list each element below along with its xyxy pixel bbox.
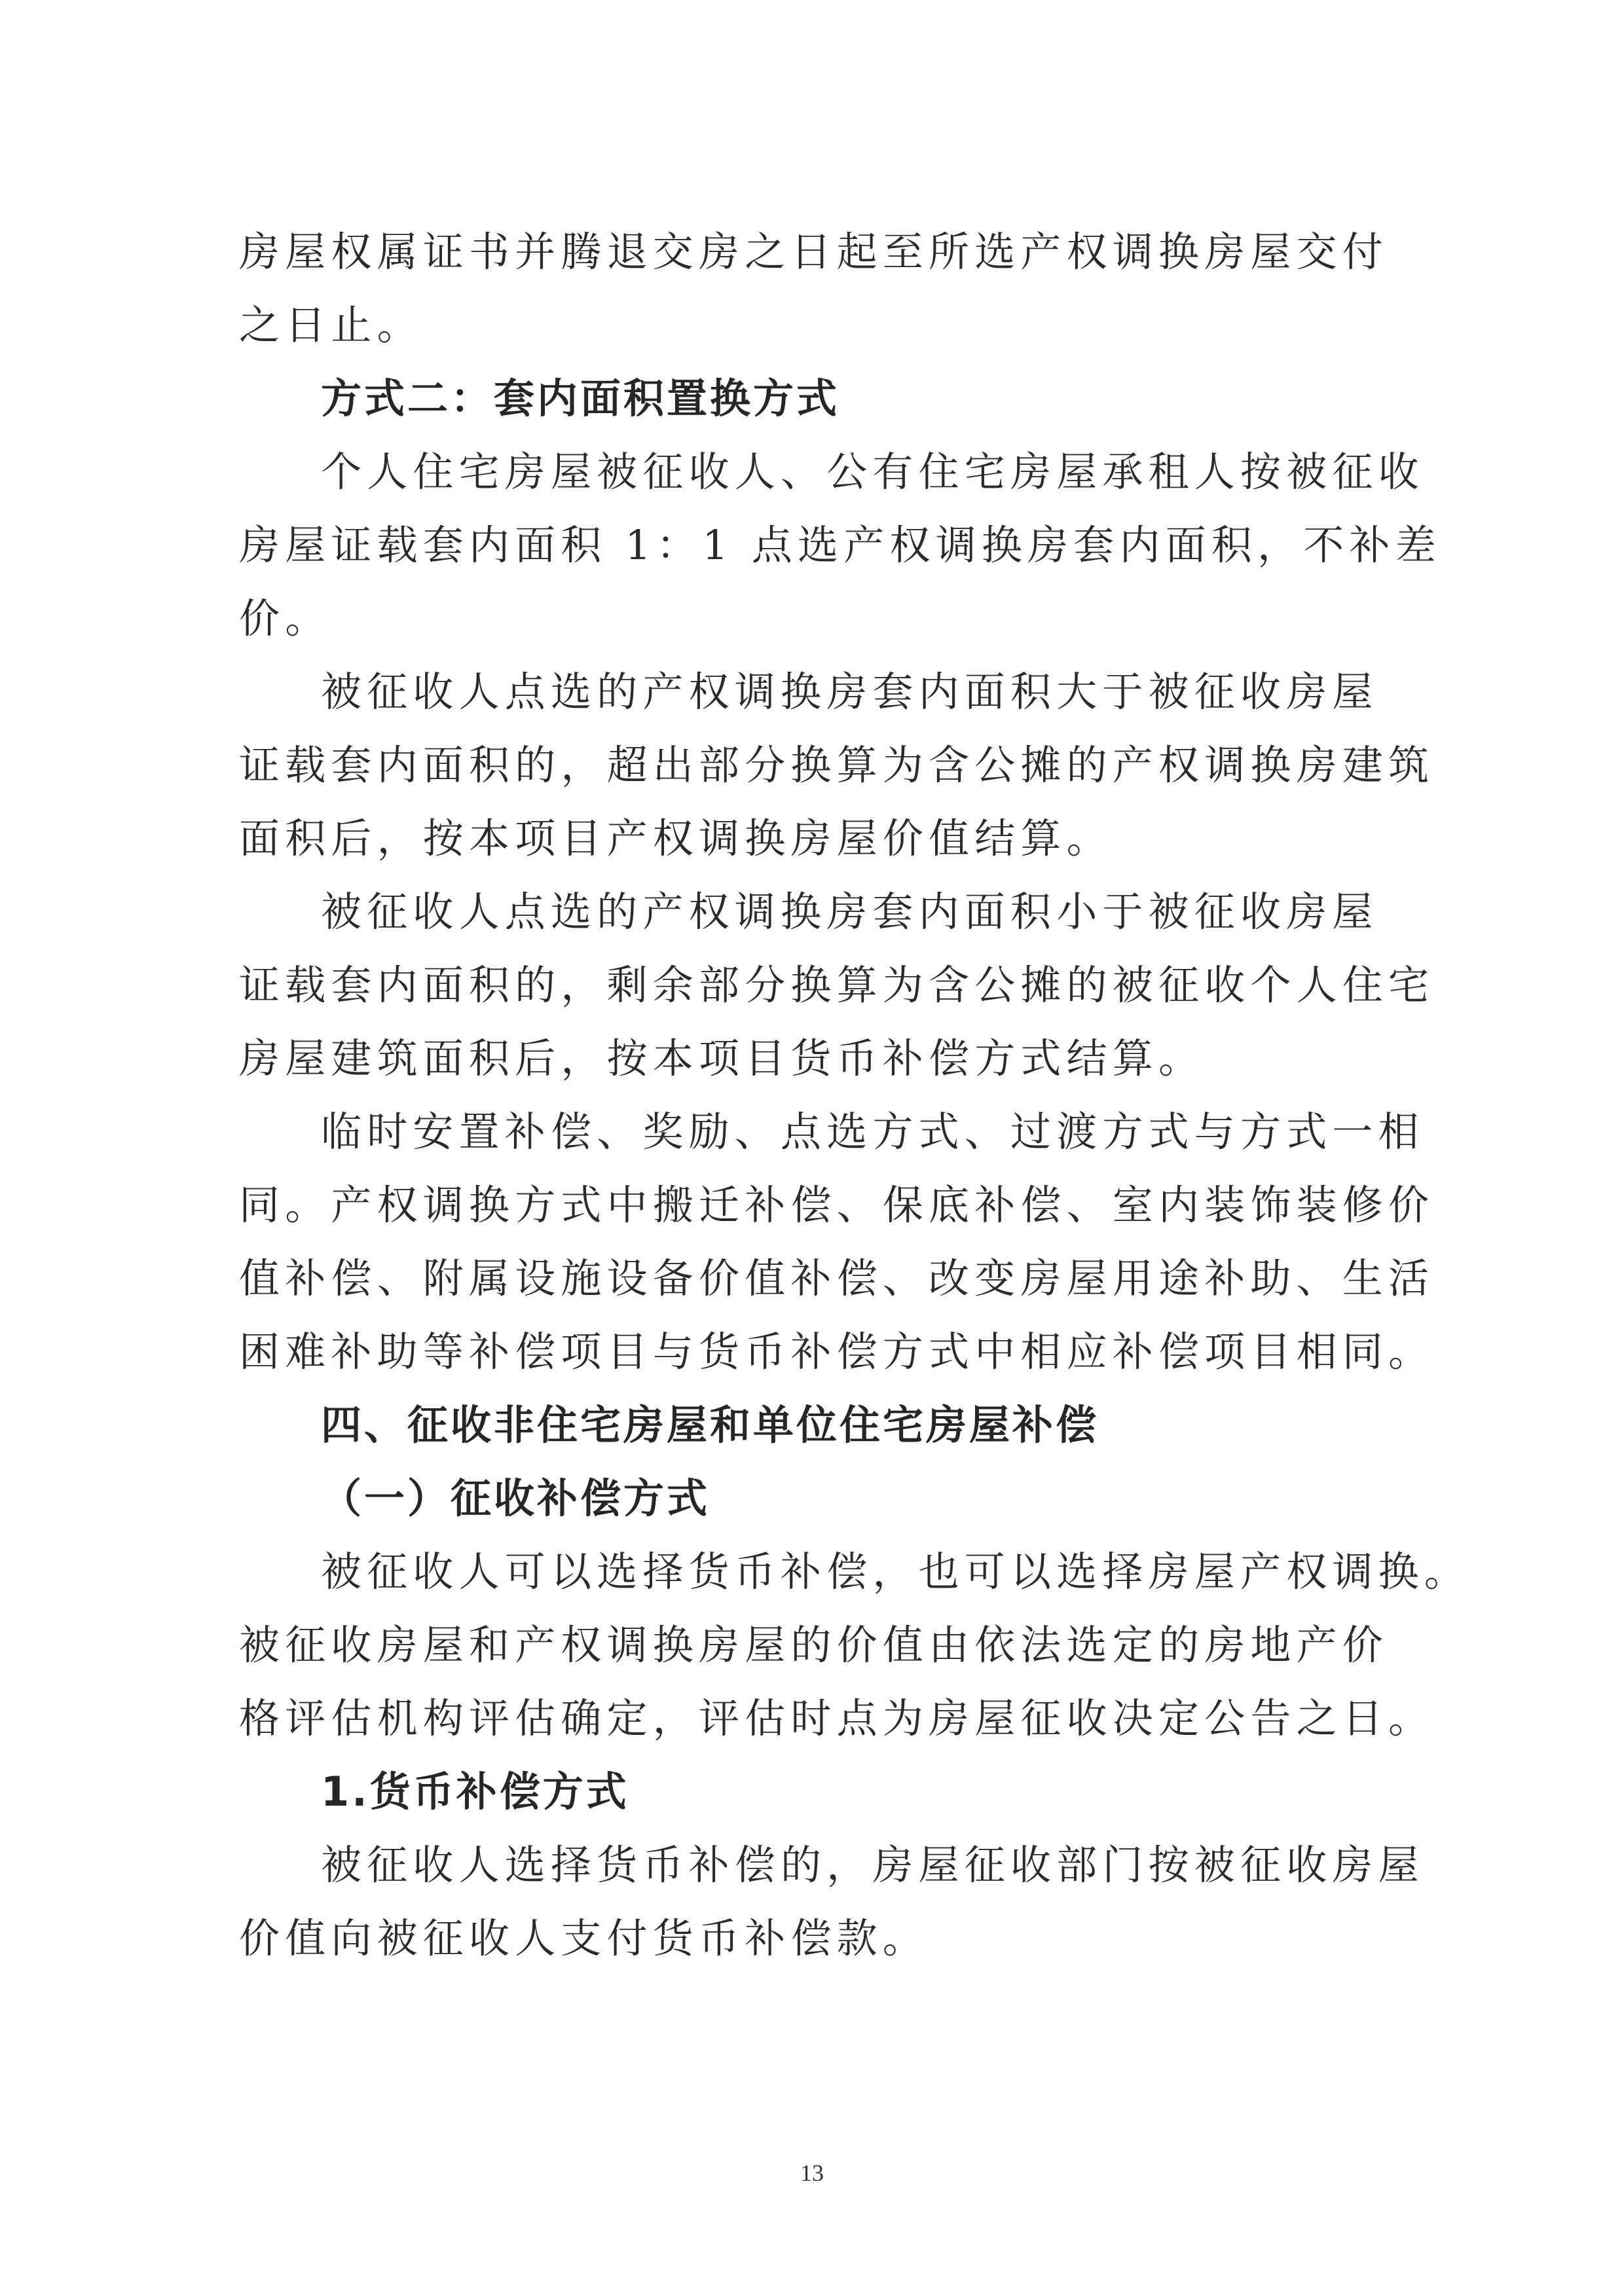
paragraph-line: 被征收房屋和产权调换房屋的价值由依法选定的房地产价 — [239, 1619, 1375, 1671]
paragraph-line: 房屋权属证书并腾退交房之日起至所选产权调换房屋交付 — [239, 226, 1375, 278]
paragraph-line: 之日止。 — [239, 299, 1375, 352]
paragraph-line: 同。产权调换方式中搬迁补偿、保底补偿、室内装饰装修价 — [239, 1179, 1375, 1231]
paragraph-line: 面积后，按本项目产权调换房屋价值结算。 — [239, 812, 1375, 865]
page-number: 13 — [0, 2159, 1624, 2187]
paragraph-line: 格评估机构评估确定，评估时点为房屋征收决定公告之日。 — [239, 1692, 1375, 1745]
paragraph-line: 房屋建筑面积后，按本项目货币补偿方式结算。 — [239, 1032, 1375, 1085]
section-heading: 四、征收非住宅房屋和单位住宅房屋补偿 — [321, 1399, 1375, 1451]
paragraph-line: 被征收人点选的产权调换房套内面积大于被征收房屋 — [321, 666, 1375, 718]
paragraph-line: 被征收人点选的产权调换房套内面积小于被征收房屋 — [321, 886, 1375, 938]
paragraph-line: 被征收人可以选择货币补偿，也可以选择房屋产权调换。 — [321, 1546, 1375, 1598]
paragraph-line: 临时安置补偿、奖励、点选方式、过渡方式与方式一相 — [321, 1106, 1375, 1158]
subsection-heading: 1.货币补偿方式 — [321, 1766, 1375, 1818]
paragraph-line: 房屋证载套内面积 1：1 点选产权调换房套内面积，不补差 — [239, 519, 1375, 572]
paragraph-line: 价值向被征收人支付货币补偿款。 — [239, 1912, 1375, 1965]
paragraph-line: 证载套内面积的，超出部分换算为含公摊的产权调换房建筑 — [239, 739, 1375, 792]
paragraph-line: 被征收人选择货币补偿的，房屋征收部门按被征收房屋 — [321, 1839, 1375, 1891]
paragraph-line: 困难补助等补偿项目与货币补偿方式中相应补偿项目相同。 — [239, 1326, 1375, 1378]
paragraph-line: 个人住宅房屋被征收人、公有住宅房屋承租人按被征收 — [321, 446, 1375, 498]
paragraph-line: 价。 — [239, 592, 1375, 645]
paragraph-line: 证载套内面积的，剩余部分换算为含公摊的被征收个人住宅 — [239, 959, 1375, 1011]
document-page: 房屋权属证书并腾退交房之日起至所选产权调换房屋交付 之日止。 方式二：套内面积置… — [0, 0, 1624, 2296]
section-heading: 方式二：套内面积置换方式 — [321, 373, 1375, 425]
subsection-heading: （一）征收补偿方式 — [321, 1472, 1375, 1525]
paragraph-line: 值补偿、附属设施设备价值补偿、改变房屋用途补助、生活 — [239, 1252, 1375, 1305]
